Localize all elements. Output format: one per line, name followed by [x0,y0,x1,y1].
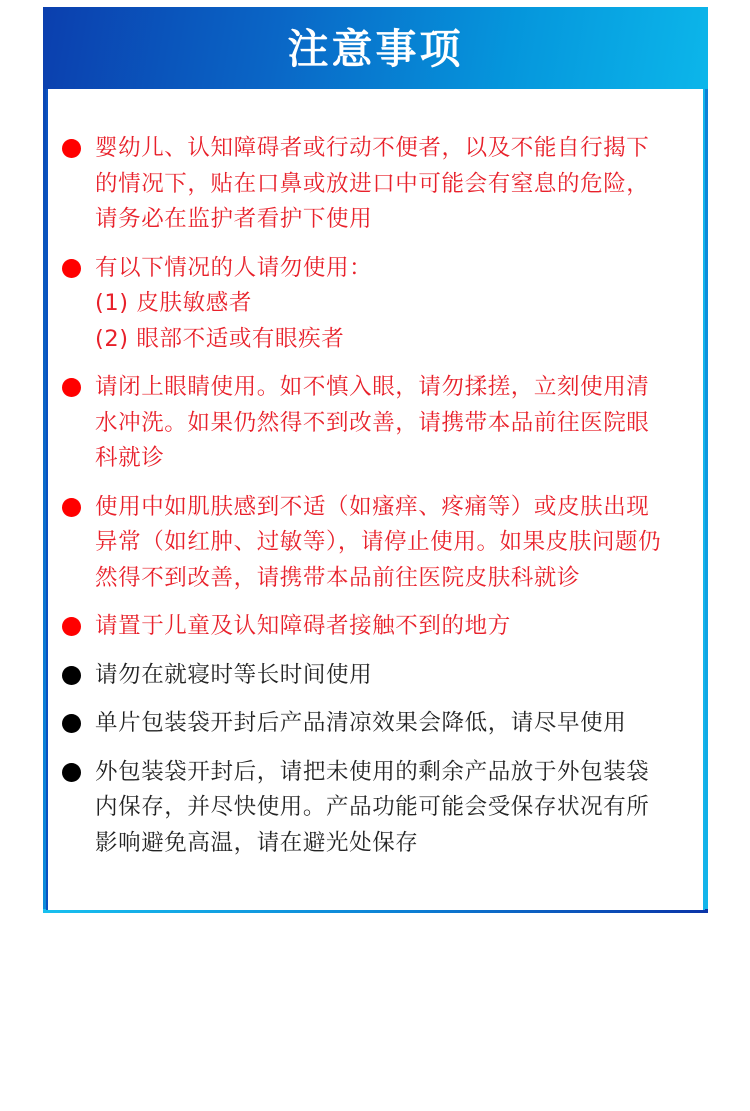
notice-body: 婴幼儿、认知障碍者或行动不便者，以及不能自行揭下 的情况下，贴在口鼻或放进口中可… [46,89,705,910]
notice-box: 注意事项 婴幼儿、认知障碍者或行动不便者，以及不能自行揭下 的情况下，贴在口鼻或… [43,7,708,913]
notice-item-contraindications: 有以下情况的人请勿使用： (1) 皮肤敏感者 (2) 眼部不适或有眼疾者 [62,251,692,358]
item-line: 异常（如红肿、过敏等），请停止使用。如果皮肤问题仍 [95,525,692,561]
item-line: 单片包装袋开封后产品清凉效果会降低，请尽早使用 [95,706,692,742]
item-line: 有以下情况的人请勿使用： [95,251,692,287]
notice-item-keep-away-children: 请置于儿童及认知障碍者接触不到的地方 [62,609,692,645]
item-line: 请闭上眼睛使用。如不慎入眼，请勿揉搓，立刻使用清 [95,370,692,406]
item-line: 使用中如肌肤感到不适（如瘙痒、疼痛等）或皮肤出现 [95,490,692,526]
red-bullet-icon [62,259,81,278]
page: 注意事项 婴幼儿、认知障碍者或行动不便者，以及不能自行揭下 的情况下，贴在口鼻或… [0,0,750,1111]
red-bullet-icon [62,378,81,397]
black-bullet-icon [62,714,81,733]
item-line: 影响避免高温，请在避光处保存 [95,826,692,862]
notice-title: 注意事项 [288,29,464,70]
item-line: 请勿在就寝时等长时间使用 [95,658,692,694]
red-bullet-icon [62,498,81,517]
red-bullet-icon [62,139,81,158]
item-line: 内保存，并尽快使用。产品功能可能会受保存状况有所 [95,790,692,826]
notice-list: 婴幼儿、认知障碍者或行动不便者，以及不能自行揭下 的情况下，贴在口鼻或放进口中可… [62,131,692,874]
item-line: 水冲洗。如果仍然得不到改善，请携带本品前往医院眼 [95,406,692,442]
item-line: 科就诊 [95,441,692,477]
item-line: 请置于儿童及认知障碍者接触不到的地方 [95,609,692,645]
black-bullet-icon [62,666,81,685]
item-line: 请务必在监护者看护下使用 [95,202,692,238]
notice-item-storage: 外包装袋开封后，请把未使用的剩余产品放于外包装袋 内保存，并尽快使用。产品功能可… [62,755,692,862]
item-line: 的情况下，贴在口鼻或放进口中可能会有窒息的危险， [95,167,692,203]
item-line: 外包装袋开封后，请把未使用的剩余产品放于外包装袋 [95,755,692,791]
notice-item-skin-reaction: 使用中如肌肤感到不适（如瘙痒、疼痛等）或皮肤出现 异常（如红肿、过敏等），请停止… [62,490,692,597]
red-bullet-icon [62,617,81,636]
notice-header: 注意事项 [43,7,708,89]
item-line: 然得不到改善，请携带本品前往医院皮肤科就诊 [95,561,692,597]
notice-item-single-pack: 单片包装袋开封后产品清凉效果会降低，请尽早使用 [62,706,692,742]
notice-item-no-sleep-use: 请勿在就寝时等长时间使用 [62,658,692,694]
item-line: (2) 眼部不适或有眼疾者 [95,322,692,358]
item-line: 婴幼儿、认知障碍者或行动不便者，以及不能自行揭下 [95,131,692,167]
notice-item-infant-choking: 婴幼儿、认知障碍者或行动不便者，以及不能自行揭下 的情况下，贴在口鼻或放进口中可… [62,131,692,238]
black-bullet-icon [62,763,81,782]
item-line: (1) 皮肤敏感者 [95,286,692,322]
notice-item-eye-contact: 请闭上眼睛使用。如不慎入眼，请勿揉搓，立刻使用清 水冲洗。如果仍然得不到改善，请… [62,370,692,477]
